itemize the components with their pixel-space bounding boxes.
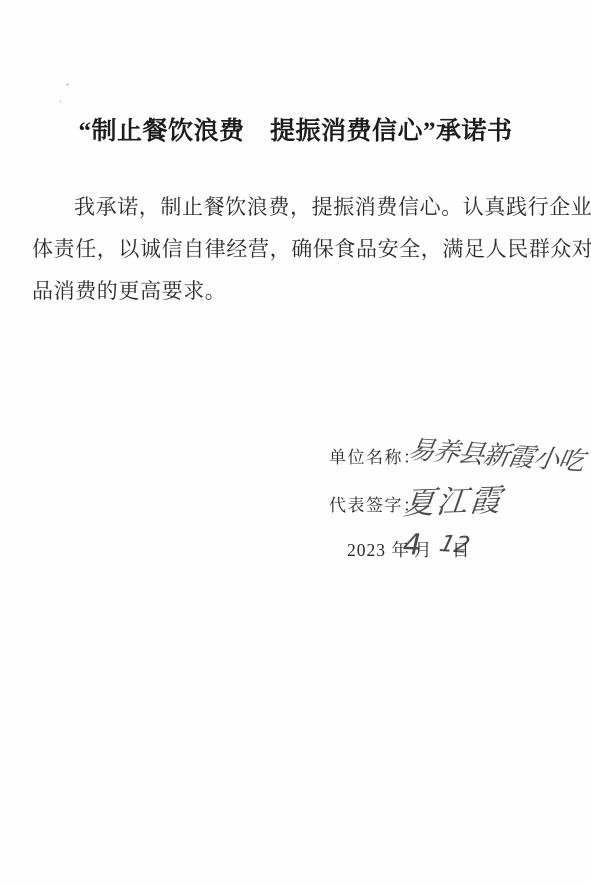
unit-name-handwritten: 易养县新霞小吃 (406, 429, 587, 478)
date-day-label: 日 (452, 537, 471, 562)
scan-speck (66, 83, 69, 86)
document-page: “制止餐饮浪费 提振消费信心”承诺书 我承诺，制止餐饮浪费，提振消费信心。认真践… (0, 0, 591, 886)
scan-speck (59, 100, 62, 103)
representative-signature-handwritten: 夏江霞 (402, 474, 506, 523)
body-line: 品消费的更高要求。 (32, 275, 226, 305)
document-title: “制止餐饮浪费 提振消费信心”承诺书 (0, 111, 591, 147)
date-month-label: 月 (414, 537, 433, 562)
body-line: 我承诺，制止餐饮浪费，提振消费信心。认真践行企业主 (74, 191, 591, 221)
body-line: 体责任，以诚信自律经营，确保食品安全，满足人民群众对食 (32, 233, 591, 263)
date-year-printed: 2023 年 (347, 537, 410, 562)
